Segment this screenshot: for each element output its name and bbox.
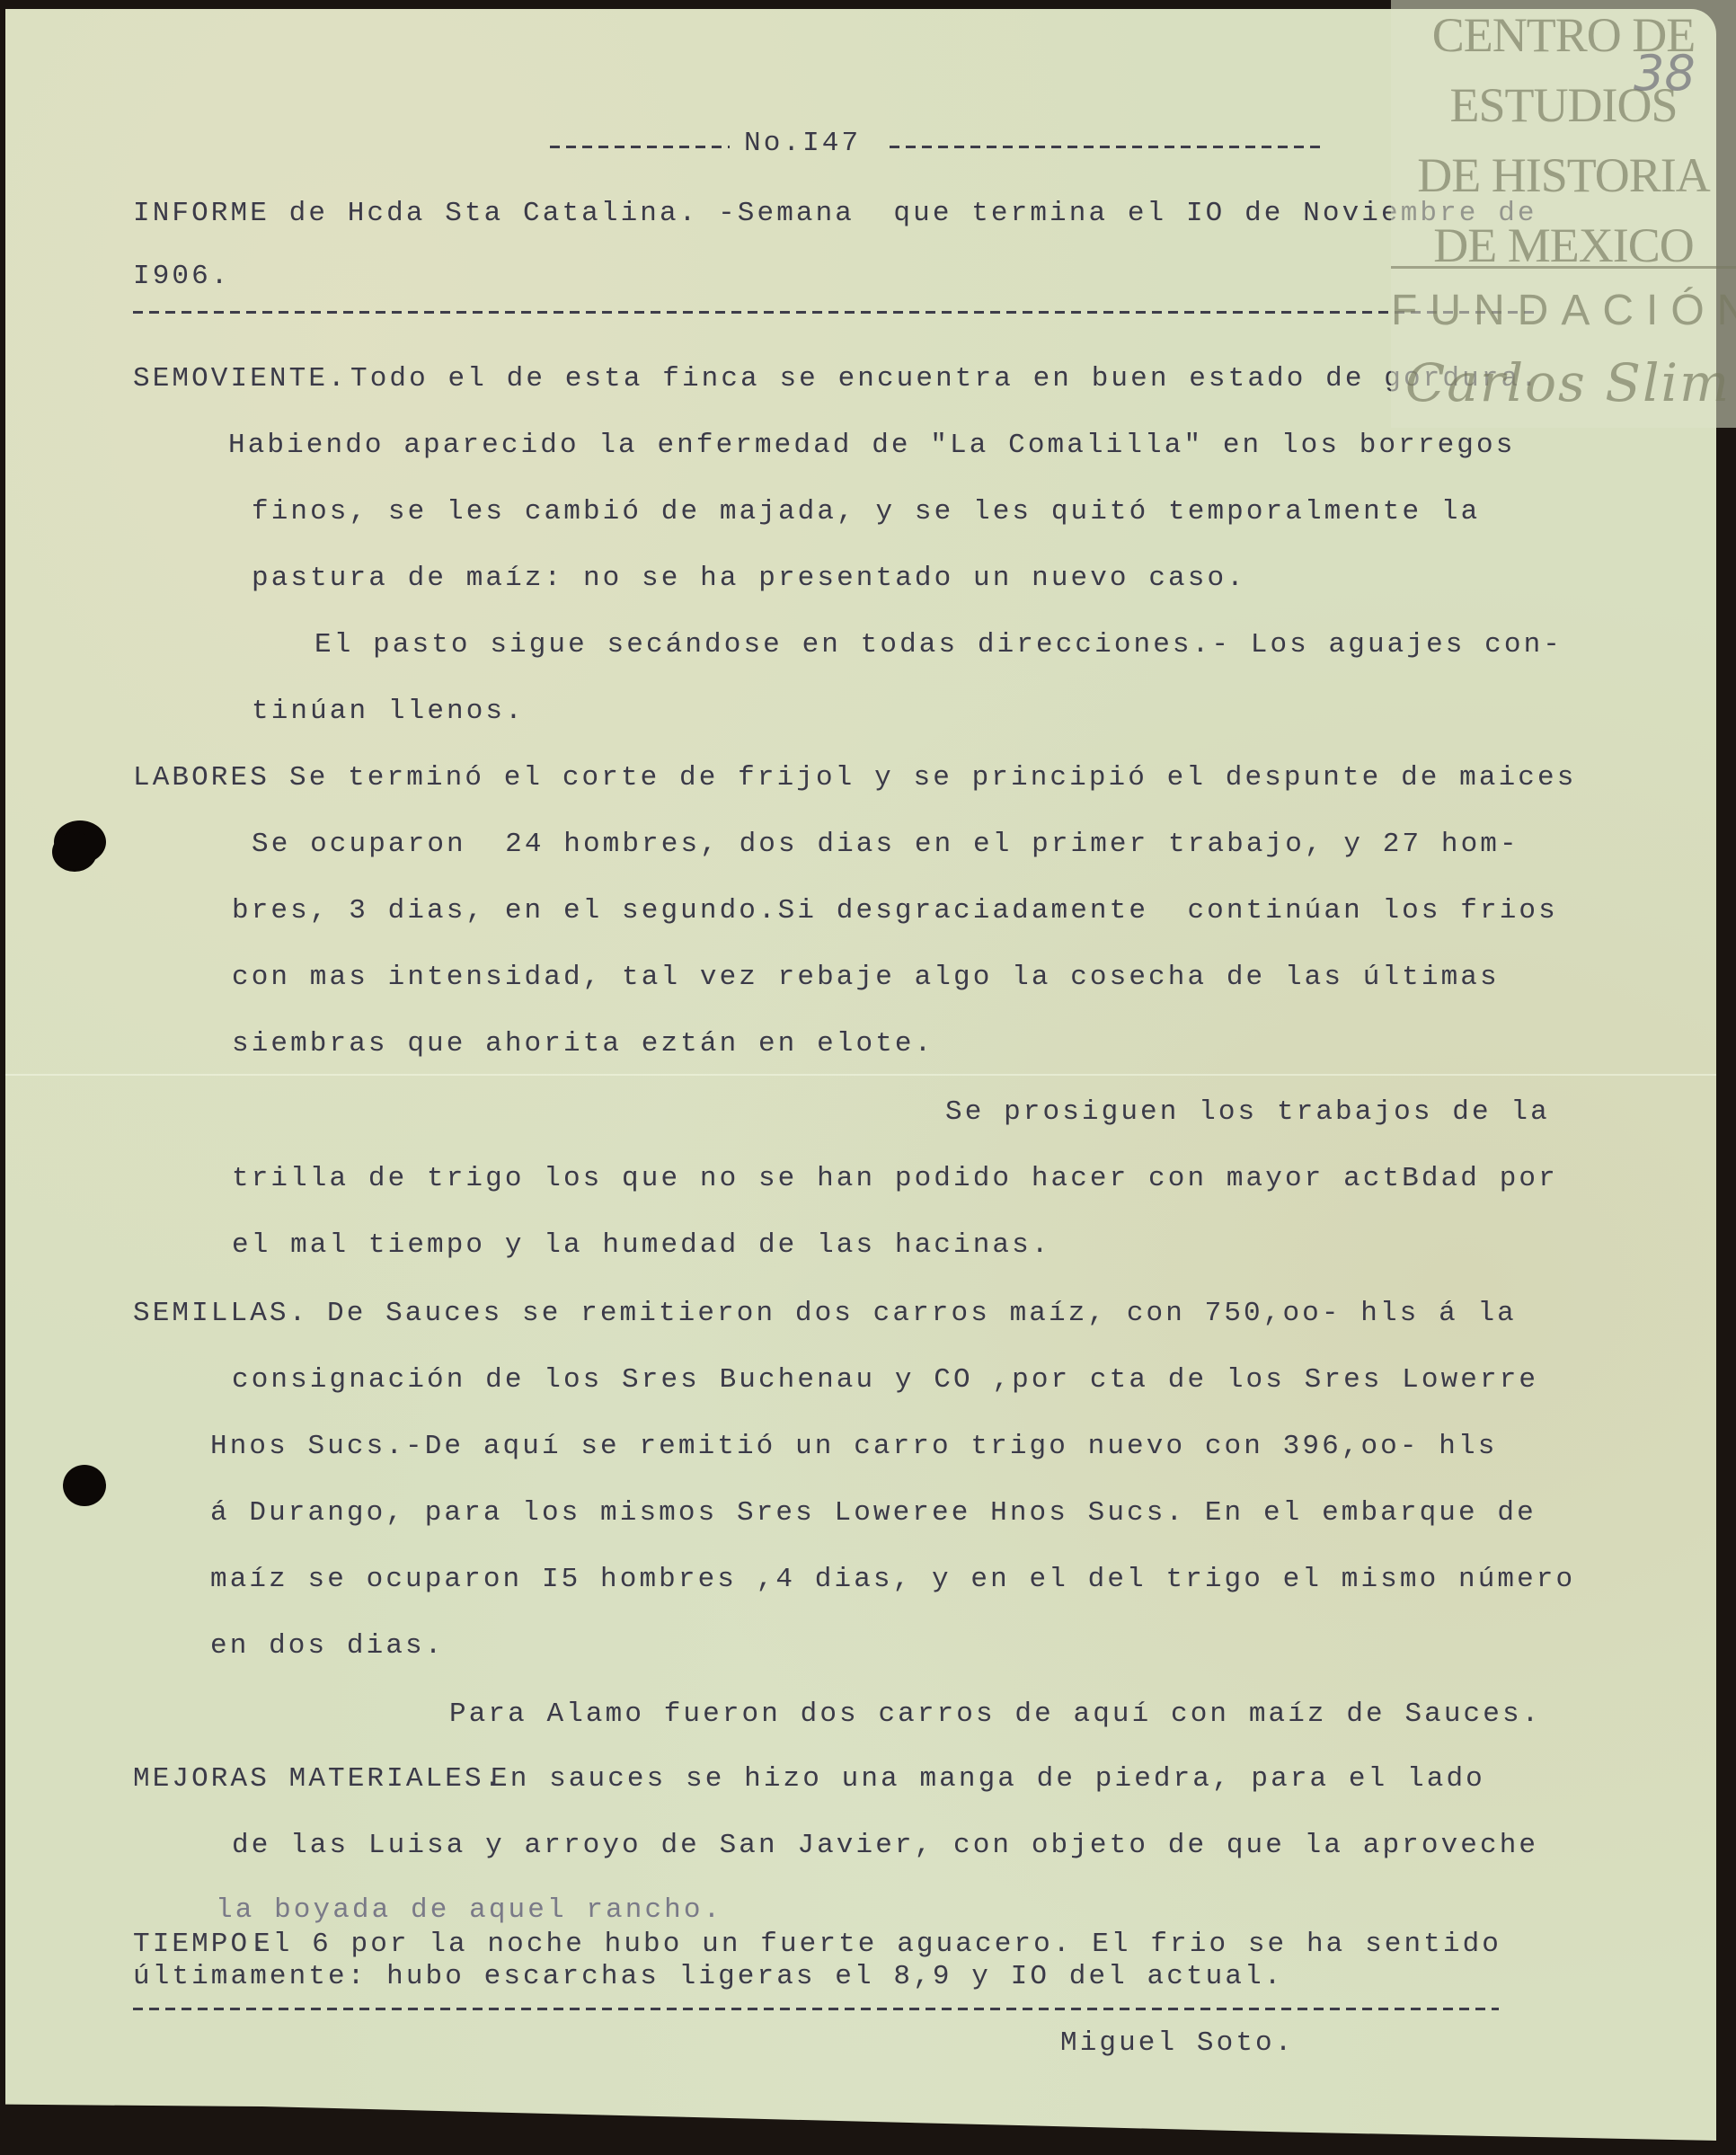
section-heading-tiempo: TIEMPO. <box>133 1930 270 1958</box>
punch-hole <box>63 1465 106 1506</box>
header-dashes-left <box>550 146 730 148</box>
labores-line: con mas intensidad, tal vez rebaje algo … <box>232 963 1500 991</box>
semoviente-line: Habiendo aparecido la enfermedad de "La … <box>228 431 1515 459</box>
tiempo-line: últimamente: hubo escarchas ligeras el 8… <box>133 1963 1283 1991</box>
semillas-line: Para Alamo fueron dos carros de aquí con… <box>449 1700 1541 1728</box>
labores-line: Se ocuparon 24 hombres, dos dias en el p… <box>252 830 1519 858</box>
labores-line: trilla de trigo los que no se han podido… <box>232 1165 1558 1193</box>
watermark-line: DE MEXICO <box>1391 210 1736 280</box>
watermark-signature: Carlos Slim <box>1400 352 1736 413</box>
watermark-rule <box>1391 266 1736 269</box>
semillas-line: en dos dias. <box>210 1632 444 1660</box>
document-title: INFORME de Hcda Sta Catalina. -Semana qu… <box>133 200 1537 227</box>
semoviente-line: tinúan llenos. <box>252 697 525 725</box>
semillas-line: Hnos Sucs.-De aquí se remitió un carro t… <box>210 1432 1497 1460</box>
document-number: No.I47 <box>744 129 861 157</box>
mejoras-line: En sauces se hizo una manga de piedra, p… <box>491 1765 1485 1793</box>
tiempo-line: El 6 por la noche hubo un fuerte aguacer… <box>253 1930 1501 1958</box>
semillas-line: maíz se ocuparon I5 hombres ,4 dias, y e… <box>210 1565 1575 1593</box>
section-heading-mejoras: MEJORAS MATERIALES. <box>133 1765 503 1793</box>
mejoras-line: la boyada de aquel rancho. <box>216 1896 722 1924</box>
fold-crease <box>5 1074 1716 1076</box>
signature: Miguel Soto. <box>1060 2029 1294 2057</box>
semillas-line: De Sauces se remitieron dos carros maíz,… <box>327 1299 1517 1327</box>
semoviente-line: Todo el de esta finca se encuentra en bu… <box>350 365 1540 393</box>
labores-line: siembras que ahorita eztán en elote. <box>232 1030 934 1058</box>
handwritten-page-number: 38 <box>1634 45 1696 102</box>
document-year: I906. <box>133 262 231 290</box>
labores-line: Se prosiguen los trabajos de la <box>945 1098 1550 1126</box>
labores-line: bres, 3 dias, en el segundo.Si desgracia… <box>232 897 1558 925</box>
labores-line: el mal tiempo y la humedad de las hacina… <box>232 1231 1051 1259</box>
semillas-line: á Durango, para los mismos Sres Loweree … <box>210 1499 1537 1527</box>
closing-divider <box>133 2008 1499 2010</box>
watermark-line: DE HISTORIA <box>1391 140 1736 210</box>
section-heading-semillas: SEMILLAS. <box>133 1299 308 1327</box>
mejoras-line: de las Luisa y arroyo de San Javier, con… <box>232 1831 1538 1859</box>
punch-hole <box>52 832 97 872</box>
section-heading-labores: LABORES <box>133 764 270 792</box>
watermark-foundation: FUNDACIÓN <box>1391 286 1736 335</box>
semoviente-line: finos, se les cambió de majada, y se les… <box>252 498 1480 526</box>
header-dashes-right <box>890 146 1321 148</box>
section-heading-semoviente: SEMOVIENTE. <box>133 365 348 393</box>
semoviente-line: pastura de maíz: no se ha presentado un … <box>252 564 1246 592</box>
semoviente-line: El pasto sigue secándose en todas direcc… <box>314 631 1563 659</box>
semillas-line: consignación de los Sres Buchenau y CO ,… <box>232 1366 1538 1394</box>
labores-line: Se terminó el corte de frijol y se princ… <box>289 764 1576 792</box>
title-divider <box>133 311 1535 314</box>
